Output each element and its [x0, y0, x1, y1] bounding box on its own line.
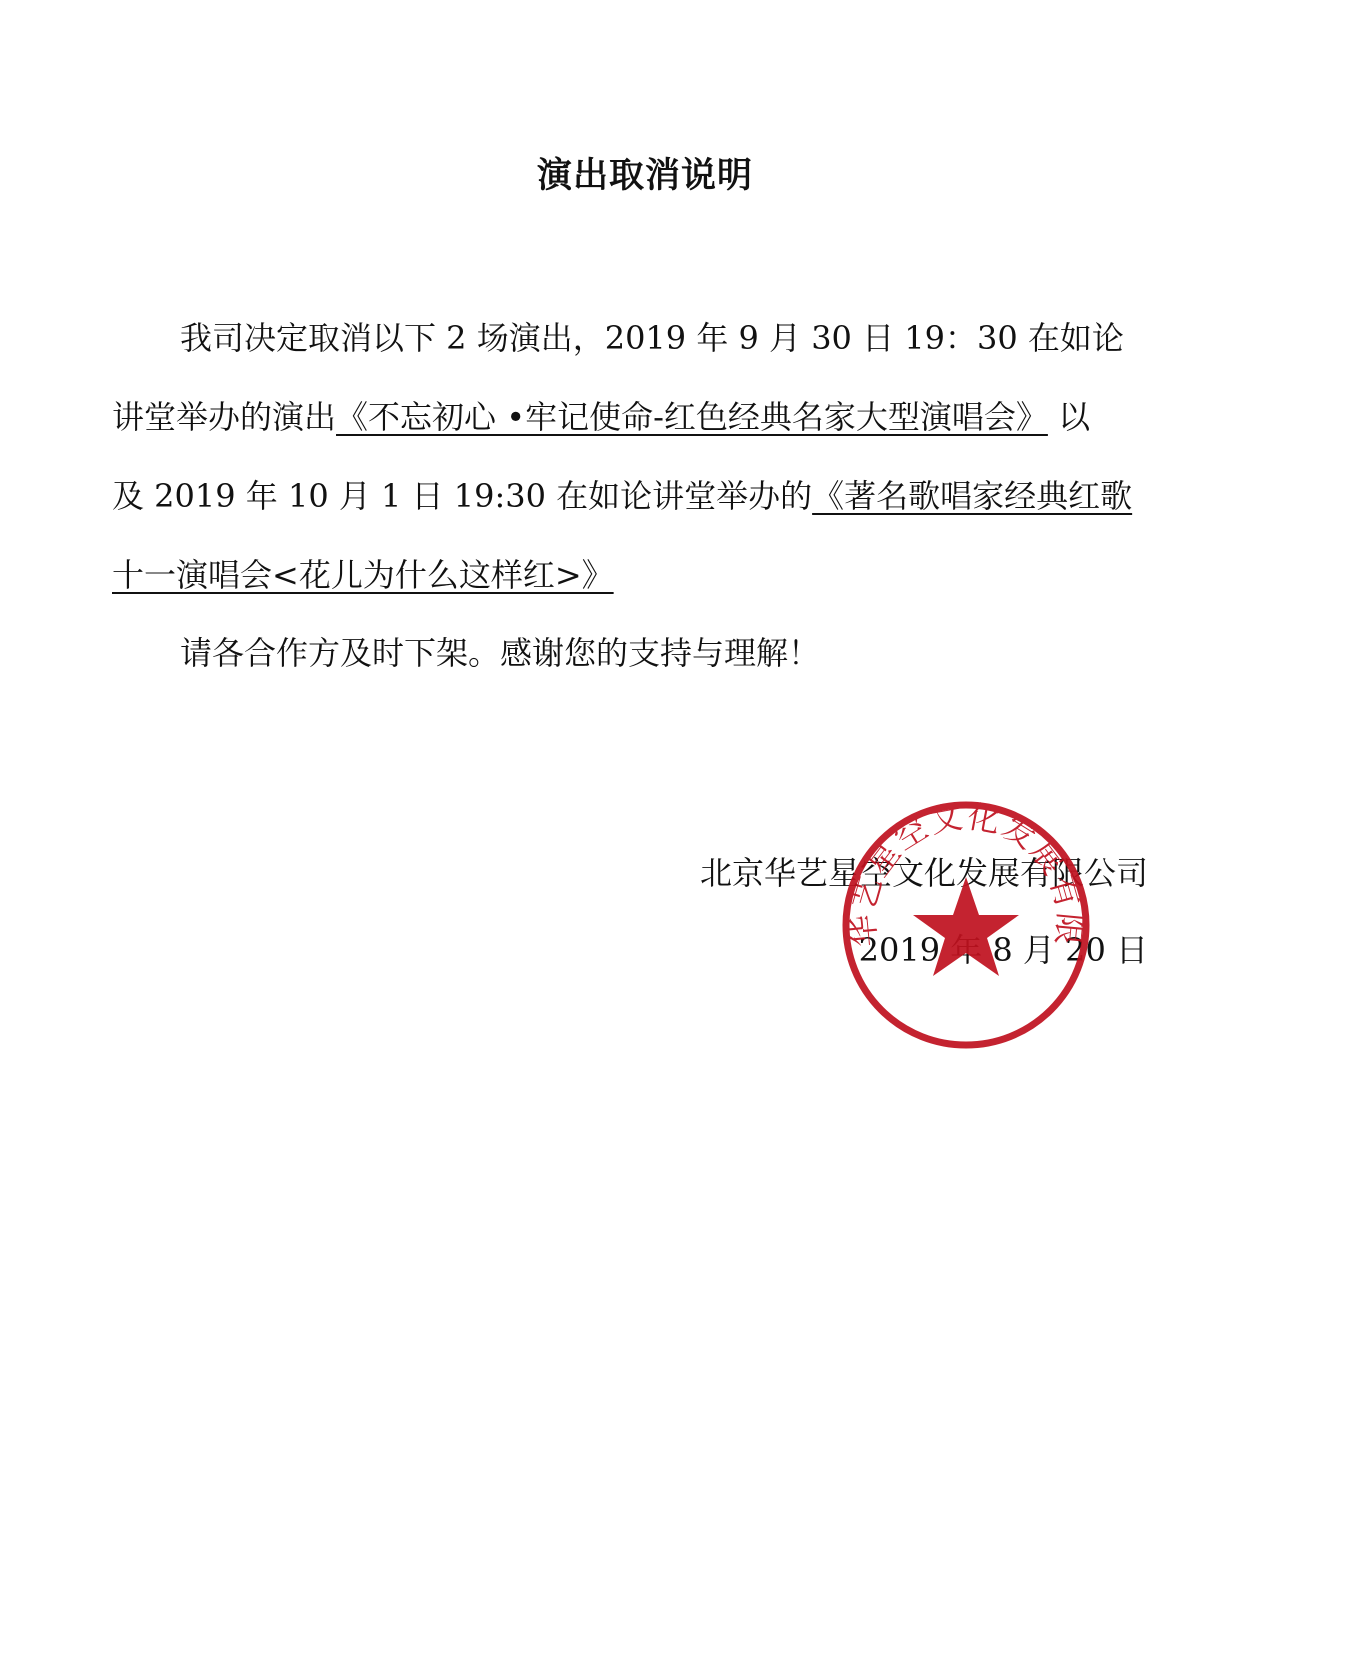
paragraph-1-line-1: 我司决定取消以下 2 场演出，2019 年 9 月 30 日 19：30 在如论 [180, 318, 1124, 358]
text-segment: 及 2019 年 10 月 1 日 19:30 在如论讲堂举办的 [112, 477, 812, 515]
document-page: 演出取消说明 我司决定取消以下 2 场演出，2019 年 9 月 30 日 19… [0, 0, 1370, 1663]
star-icon [913, 877, 1019, 976]
company-seal: 北京华艺星空文化发展有限公司 [838, 797, 1094, 1053]
paragraph-2: 请各合作方及时下架。感谢您的支持与理解！ [180, 633, 820, 673]
show-title-2-part-2: 十一演唱会<花儿为什么这样红>》 [112, 556, 614, 594]
text-segment: 以 [1048, 398, 1090, 436]
show-title-2-part-1: 《著名歌唱家经典红歌 [812, 477, 1132, 515]
paragraph-1-line-2: 讲堂举办的演出《不忘初心 •牢记使命-红色经典名家大型演唱会》 以 [112, 397, 1090, 437]
show-title-1: 《不忘初心 •牢记使命-红色经典名家大型演唱会》 [336, 398, 1048, 436]
document-title: 演出取消说明 [0, 148, 1290, 198]
paragraph-1-line-4: 十一演唱会<花儿为什么这样红>》 [112, 555, 614, 595]
text-segment: 讲堂举办的演出 [112, 398, 336, 436]
paragraph-1-line-3: 及 2019 年 10 月 1 日 19:30 在如论讲堂举办的《著名歌唱家经典… [112, 476, 1132, 516]
